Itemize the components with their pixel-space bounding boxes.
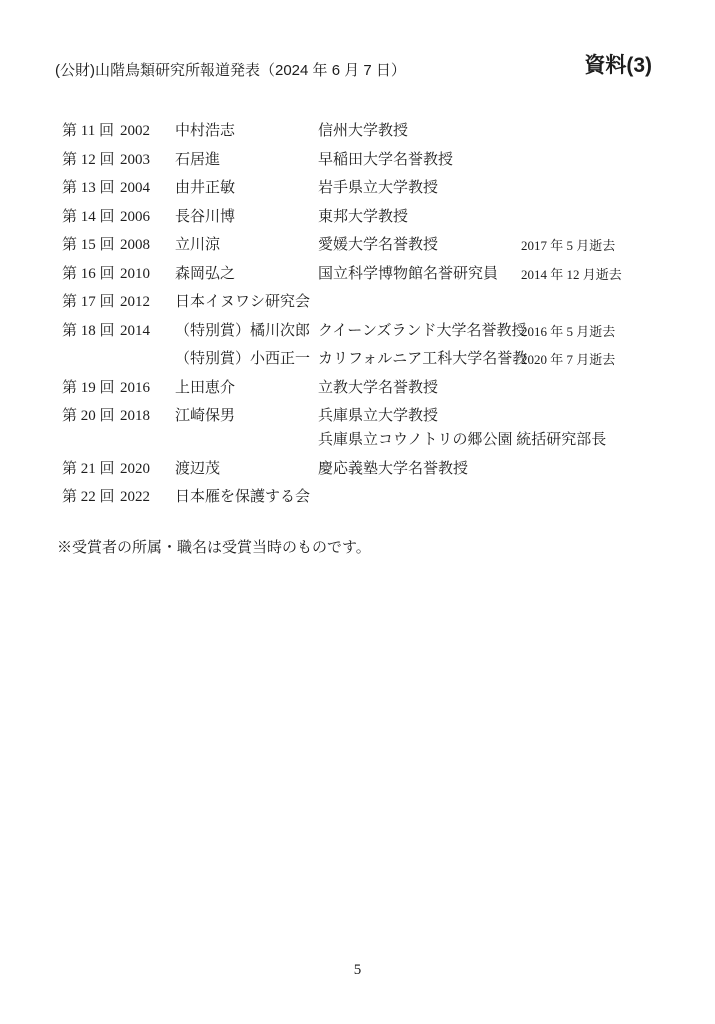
recipient-affiliation: 慶応義塾大学名誉教授 <box>318 462 521 477</box>
recipient-name: 由井正敏 <box>175 181 318 196</box>
award-year: 2014 <box>120 324 175 339</box>
award-year: 2008 <box>120 238 175 253</box>
table-row: 第 13 回 2004 由井正敏 岩手県立大学教授 <box>62 181 672 196</box>
award-edition: 第 22 回 <box>62 490 120 505</box>
recipient-affiliation: クイーンズランド大学名誉教授 <box>318 324 521 339</box>
recipient-name: 日本雁を保護する会 <box>175 490 318 505</box>
recipient-name: 中村浩志 <box>175 124 318 139</box>
award-year: 2010 <box>120 267 175 282</box>
award-year: 2018 <box>120 409 175 424</box>
affiliation-line: 兵庫県立大学教授 <box>318 409 521 424</box>
table-row: 第 17 回 2012 日本イヌワシ研究会 <box>62 295 672 310</box>
table-row: 第 19 回 2016 上田恵介 立教大学名誉教授 <box>62 381 672 396</box>
death-note <box>521 490 672 491</box>
recipient-affiliation: 愛媛大学名誉教授 <box>318 238 521 253</box>
affiliation-line: 愛媛大学名誉教授 <box>318 238 521 253</box>
award-year: 2012 <box>120 295 175 310</box>
award-edition: 第 20 回 <box>62 409 120 424</box>
recipient-name: 森岡弘之 <box>175 267 318 282</box>
recipient-affiliation: 東邦大学教授 <box>318 210 521 225</box>
death-note: 2016 年 5 月逝去 <box>521 324 672 339</box>
affiliation-line: 兵庫県立コウノトリの郷公園 統括研究部長 <box>318 433 521 448</box>
recipient-affiliation: 岩手県立大学教授 <box>318 181 521 196</box>
affiliation-line: クイーンズランド大学名誉教授 <box>318 324 521 339</box>
death-note <box>521 295 672 296</box>
table-row: （特別賞）小西正一 カリフォルニア工科大学名誉教 2020 年 7 月逝去 <box>62 352 672 367</box>
death-note <box>521 462 672 463</box>
death-note <box>521 210 672 211</box>
death-note <box>521 124 672 125</box>
award-year: 2003 <box>120 153 175 168</box>
affiliation-line: 東邦大学教授 <box>318 210 521 225</box>
recipient-name: （特別賞）橘川次郎 <box>175 324 318 339</box>
table-row: 第 12 回 2003 石居進 早稲田大学名誉教授 <box>62 153 672 168</box>
footnote: ※受賞者の所属・職名は受賞当時のものです。 <box>57 539 371 557</box>
award-edition: 第 15 回 <box>62 238 120 253</box>
recipient-name: 日本イヌワシ研究会 <box>175 295 318 310</box>
award-edition: 第 13 回 <box>62 181 120 196</box>
recipient-name: 上田恵介 <box>175 381 318 396</box>
table-row: 第 11 回 2002 中村浩志 信州大学教授 <box>62 124 672 139</box>
page-number: 5 <box>0 961 715 979</box>
recipient-affiliation: 立教大学名誉教授 <box>318 381 521 396</box>
death-note: 2014 年 12 月逝去 <box>521 267 672 282</box>
recipient-affiliation: 兵庫県立大学教授兵庫県立コウノトリの郷公園 統括研究部長 <box>318 409 521 448</box>
award-year: 2004 <box>120 181 175 196</box>
document-page: (公財)山階鳥類研究所報道発表（2024 年 6 月 7 日） 資料(3) 第 … <box>0 0 715 1024</box>
table-row: 第 22 回 2022 日本雁を保護する会 <box>62 490 672 505</box>
award-year: 2016 <box>120 381 175 396</box>
table-row: 第 15 回 2008 立川涼 愛媛大学名誉教授 2017 年 5 月逝去 <box>62 238 672 253</box>
recipient-name: 江崎保男 <box>175 409 318 424</box>
affiliation-line: 国立科学博物館名誉研究員 <box>318 267 521 282</box>
affiliation-line: 慶応義塾大学名誉教授 <box>318 462 521 477</box>
award-edition: 第 21 回 <box>62 462 120 477</box>
award-edition: 第 14 回 <box>62 210 120 225</box>
recipient-name: 石居進 <box>175 153 318 168</box>
death-note: 2020 年 7 月逝去 <box>521 352 672 367</box>
table-row: 第 18 回 2014 （特別賞）橘川次郎 クイーンズランド大学名誉教授 201… <box>62 324 672 339</box>
award-edition: 第 19 回 <box>62 381 120 396</box>
table-row: 第 20 回 2018 江崎保男 兵庫県立大学教授兵庫県立コウノトリの郷公園 統… <box>62 409 672 448</box>
affiliation-line: 立教大学名誉教授 <box>318 381 521 396</box>
award-year: 2022 <box>120 490 175 505</box>
attachment-label: 資料(3) <box>584 54 652 78</box>
recipient-name: 立川涼 <box>175 238 318 253</box>
death-note: 2017 年 5 月逝去 <box>521 238 672 253</box>
recipient-affiliation: 信州大学教授 <box>318 124 521 139</box>
death-note <box>521 181 672 182</box>
table-row: 第 21 回 2020 渡辺茂 慶応義塾大学名誉教授 <box>62 462 672 477</box>
death-note <box>521 381 672 382</box>
recipient-affiliation: カリフォルニア工科大学名誉教 <box>318 352 521 367</box>
recipient-name: 長谷川博 <box>175 210 318 225</box>
recipient-affiliation: 早稲田大学名誉教授 <box>318 153 521 168</box>
recipient-affiliation: 国立科学博物館名誉研究員 <box>318 267 521 282</box>
award-year: 2006 <box>120 210 175 225</box>
award-edition: 第 16 回 <box>62 267 120 282</box>
award-edition: 第 12 回 <box>62 153 120 168</box>
affiliation-line: 岩手県立大学教授 <box>318 181 521 196</box>
death-note <box>521 153 672 154</box>
document-header-title: (公財)山階鳥類研究所報道発表（2024 年 6 月 7 日） <box>55 61 406 80</box>
recipient-name: 渡辺茂 <box>175 462 318 477</box>
award-edition: 第 17 回 <box>62 295 120 310</box>
affiliation-line: 信州大学教授 <box>318 124 521 139</box>
award-year: 2002 <box>120 124 175 139</box>
award-edition: 第 18 回 <box>62 324 120 339</box>
affiliation-line: 早稲田大学名誉教授 <box>318 153 521 168</box>
award-edition: 第 11 回 <box>62 124 120 139</box>
awards-list: 第 11 回 2002 中村浩志 信州大学教授 第 12 回 2003 石居進 … <box>62 124 672 519</box>
award-year: 2020 <box>120 462 175 477</box>
death-note <box>521 409 672 410</box>
table-row: 第 16 回 2010 森岡弘之 国立科学博物館名誉研究員 2014 年 12 … <box>62 267 672 282</box>
table-row: 第 14 回 2006 長谷川博 東邦大学教授 <box>62 210 672 225</box>
recipient-name: （特別賞）小西正一 <box>175 352 318 367</box>
affiliation-line: カリフォルニア工科大学名誉教 <box>318 352 521 367</box>
